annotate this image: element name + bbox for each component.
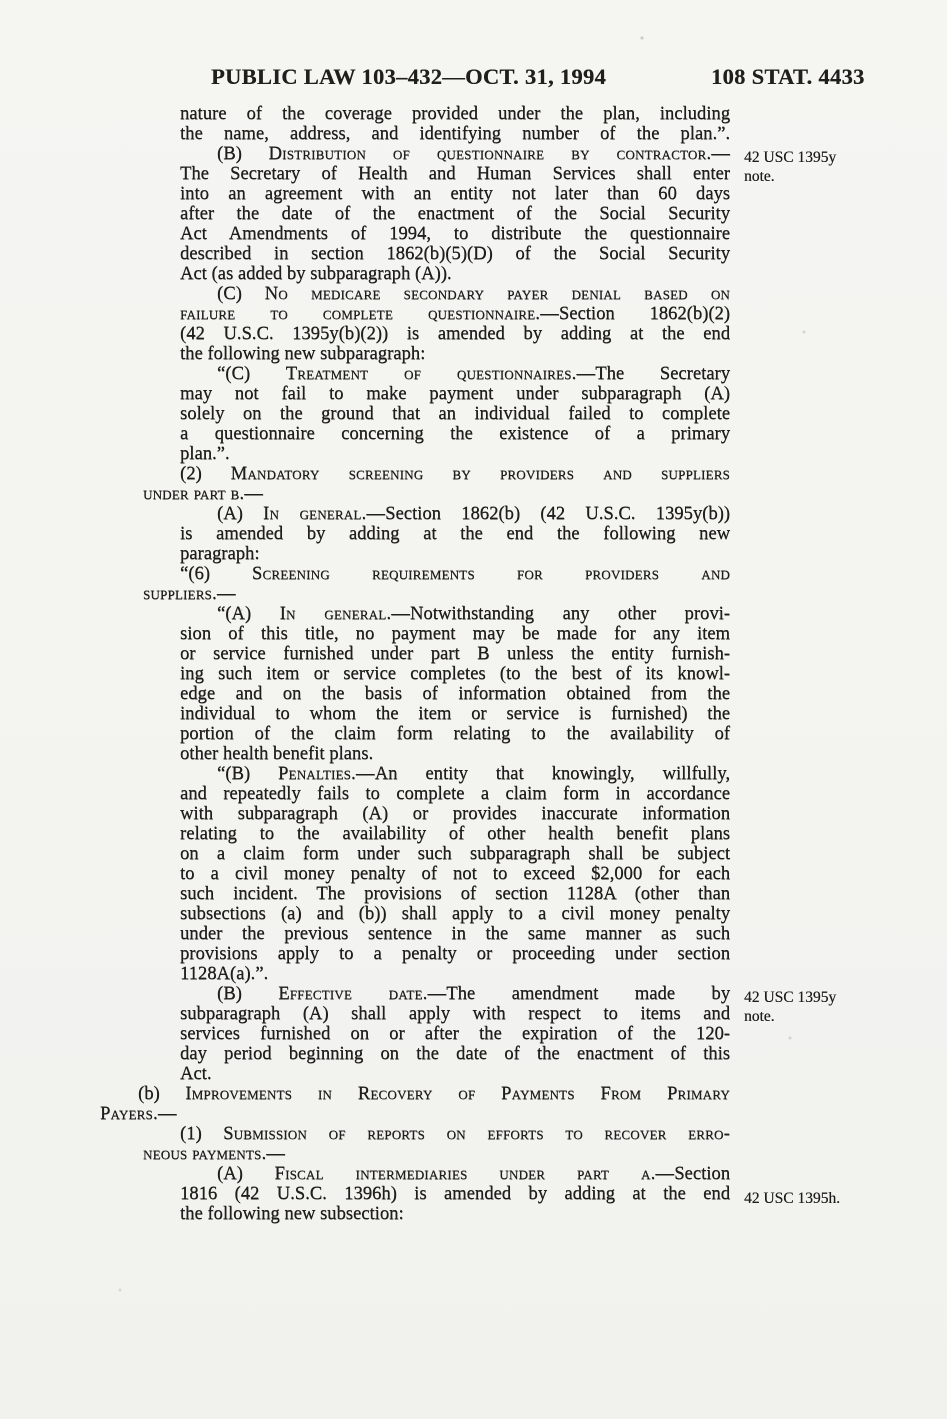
text-line: under the previous sentence in the same … (180, 924, 730, 944)
body-text: “(A) (217, 603, 280, 624)
body-text: Section (674, 1163, 730, 1184)
body-text: (1) (180, 1123, 223, 1144)
text-line: services furnished on or after the expir… (180, 1024, 730, 1044)
small-caps-text: Payers.— (100, 1103, 177, 1124)
body-text: solely on the ground that an individual … (180, 403, 730, 424)
small-caps-text: failure to complete questionnaire.— (180, 303, 559, 324)
body-text: portion of the claim form relating to th… (180, 723, 730, 744)
text-line: The Secretary of Health and Human Servic… (180, 164, 730, 184)
text-line: ing such item or service completes (to t… (180, 664, 730, 684)
text-line: (1) Submission of reports on efforts to … (180, 1124, 730, 1144)
running-header: PUBLIC LAW 103–432—OCT. 31, 1994 108 STA… (0, 64, 947, 94)
small-caps-text: Screening requirements for providers and (252, 563, 730, 584)
text-line: the name, address, and identifying numbe… (180, 124, 730, 144)
text-line: “(A) In general.—Notwithstanding any oth… (217, 604, 730, 624)
page-header-stat-number: 108 STAT. 4433 (711, 64, 865, 90)
text-line: “(B) Penalties.—An entity that knowingly… (217, 764, 730, 784)
body-text: day period beginning on the date of the … (180, 1043, 730, 1064)
text-line: neous payments.— (143, 1144, 730, 1164)
text-line: (2) Mandatory screening by providers and… (180, 464, 730, 484)
margin-note-line: 42 USC 1395y (744, 989, 884, 1008)
text-line: Act Amendments of 1994, to distribute th… (180, 224, 730, 244)
text-line: under part b.— (143, 484, 730, 504)
body-text: “(6) (180, 563, 252, 584)
body-text: Section 1862(b) (42 U.S.C. 1395y(b)) (385, 503, 730, 524)
text-line: the following new subparagraph: (180, 344, 730, 364)
body-text: other health benefit plans. (180, 743, 373, 764)
body-text: on a claim form under such subparagraph … (180, 843, 730, 864)
body-text: individual to whom the item or service i… (180, 703, 730, 724)
text-line: other health benefit plans. (180, 744, 730, 764)
text-line: Act. (180, 1064, 730, 1084)
body-text: or service furnished under part B unless… (180, 643, 730, 664)
body-text: the following new subparagraph: (180, 343, 425, 364)
text-line: may not fail to make payment under subpa… (180, 384, 730, 404)
body-text: is amended by adding at the end the foll… (180, 523, 730, 544)
body-text: An entity that knowingly, willfully, (375, 763, 730, 784)
body-text: plan.”. (180, 443, 230, 464)
body-text: under the previous sentence in the same … (180, 923, 730, 944)
margin-note-line: note. (744, 1008, 884, 1027)
text-line: sion of this title, no payment may be ma… (180, 624, 730, 644)
text-line: with subparagraph (A) or provides inaccu… (180, 804, 730, 824)
text-line: Act (as added by subparagraph (A)). (180, 264, 730, 284)
body-text: “(B) (217, 763, 278, 784)
body-text: into an agreement with an entity not lat… (180, 183, 730, 204)
body-text: to a civil money penalty of not to excee… (180, 863, 730, 884)
text-line: described in section 1862(b)(5)(D) of th… (180, 244, 730, 264)
text-line: (A) In general.—Section 1862(b) (42 U.S.… (217, 504, 730, 524)
body-text: may not fail to make payment under subpa… (180, 383, 730, 404)
body-text: (42 U.S.C. 1395y(b)(2)) is amended by ad… (180, 323, 730, 344)
body-text: subparagraph (A) shall apply with respec… (180, 1003, 730, 1024)
text-line: Payers.— (100, 1104, 730, 1124)
text-line: subsections (a) and (b)) shall apply to … (180, 904, 730, 924)
text-line: subparagraph (A) shall apply with respec… (180, 1004, 730, 1024)
margin-note-line: 42 USC 1395y (744, 149, 884, 168)
text-line: after the date of the enactment of the S… (180, 204, 730, 224)
body-text: (A) (217, 503, 263, 524)
body-text: Act. (180, 1063, 212, 1084)
text-line: edge and on the basis of information obt… (180, 684, 730, 704)
text-line: solely on the ground that an individual … (180, 404, 730, 424)
body-text: described in section 1862(b)(5)(D) of th… (180, 243, 730, 264)
small-caps-text: Mandatory screening by providers and sup… (231, 463, 730, 484)
body-text: 1816 (42 U.S.C. 1396h) is amended by add… (180, 1183, 730, 1204)
text-line: “(6) Screening requirements for provider… (180, 564, 730, 584)
body-text: (B) (217, 143, 269, 164)
body-text: the name, address, and identifying numbe… (180, 123, 730, 144)
text-line: (C) No medicare secondary payer denial b… (217, 284, 730, 304)
small-caps-text: In general.— (280, 603, 410, 624)
small-caps-text: Fiscal intermediaries under part a.— (275, 1163, 675, 1184)
margin-note-line: 42 USC 1395h. (744, 1190, 884, 1209)
small-caps-text: Submission of reports on efforts to reco… (223, 1123, 730, 1144)
text-line: failure to complete questionnaire.—Secti… (180, 304, 730, 324)
statute-page: PUBLIC LAW 103–432—OCT. 31, 1994 108 STA… (0, 0, 947, 1419)
text-line: portion of the claim form relating to th… (180, 724, 730, 744)
body-text: provisions apply to a penalty or proceed… (180, 943, 730, 964)
body-text: (C) (217, 283, 265, 304)
text-line: is amended by adding at the end the foll… (180, 524, 730, 544)
text-line: relating to the availability of other he… (180, 824, 730, 844)
body-text: Act Amendments of 1994, to distribute th… (180, 223, 730, 244)
small-caps-text: Effective date.— (278, 983, 446, 1004)
body-text: 1128A(a).”. (180, 963, 268, 984)
body-text: Notwithstanding any other provi- (410, 603, 730, 624)
body-text: edge and on the basis of information obt… (180, 683, 730, 704)
text-line: “(C) Treatment of questionnaires.—The Se… (217, 364, 730, 384)
text-line: and repeatedly fails to complete a claim… (180, 784, 730, 804)
usc-margin-note: 42 USC 1395h. (744, 1190, 884, 1209)
text-line: individual to whom the item or service i… (180, 704, 730, 724)
body-text: after the date of the enactment of the S… (180, 203, 730, 224)
body-text: a questionnaire concerning the existence… (180, 423, 730, 444)
text-block: nature of the coverage provided under th… (0, 104, 947, 1224)
text-line: provisions apply to a penalty or proceed… (180, 944, 730, 964)
margin-note-line: note. (744, 168, 884, 187)
body-text: (2) (180, 463, 231, 484)
text-line: or service furnished under part B unless… (180, 644, 730, 664)
body-text: relating to the availability of other he… (180, 823, 730, 844)
body-text: services furnished on or after the expir… (180, 1023, 730, 1044)
small-caps-text: under part b.— (143, 483, 263, 504)
text-line: 1816 (42 U.S.C. 1396h) is amended by add… (180, 1184, 730, 1204)
usc-margin-note: 42 USC 1395ynote. (744, 149, 884, 186)
small-caps-text: neous payments.— (143, 1143, 285, 1164)
page-header-law-title: PUBLIC LAW 103–432—OCT. 31, 1994 (211, 64, 606, 90)
text-line: nature of the coverage provided under th… (180, 104, 730, 124)
body-text: and repeatedly fails to complete a claim… (180, 783, 730, 804)
text-line: plan.”. (180, 444, 730, 464)
text-line: (42 U.S.C. 1395y(b)(2)) is amended by ad… (180, 324, 730, 344)
text-line: day period beginning on the date of the … (180, 1044, 730, 1064)
small-caps-text: Penalties.— (278, 763, 375, 784)
usc-margin-note: 42 USC 1395ynote. (744, 989, 884, 1026)
body-text: (b) (138, 1083, 185, 1104)
body-text: subsections (a) and (b)) shall apply to … (180, 903, 730, 924)
small-caps-text: In general.— (263, 503, 385, 524)
body-text: sion of this title, no payment may be ma… (180, 623, 730, 644)
body-text: nature of the coverage provided under th… (180, 103, 730, 124)
text-line: a questionnaire concerning the existence… (180, 424, 730, 444)
text-line: into an agreement with an entity not lat… (180, 184, 730, 204)
small-caps-text: Improvements in Recovery of Payments Fro… (185, 1083, 730, 1104)
body-text: “(C) (217, 363, 286, 384)
small-caps-text: suppliers.— (143, 583, 236, 604)
text-line: (b) Improvements in Recovery of Payments… (138, 1084, 730, 1104)
body-text: ing such item or service completes (to t… (180, 663, 730, 684)
text-line: paragraph: (180, 544, 730, 564)
body-text: with subparagraph (A) or provides inaccu… (180, 803, 730, 824)
body-text: such incident. The provisions of section… (180, 883, 730, 904)
text-line: to a civil money penalty of not to excee… (180, 864, 730, 884)
text-line: 1128A(a).”. (180, 964, 730, 984)
body-text: The Secretary (595, 363, 730, 384)
text-line: suppliers.— (143, 584, 730, 604)
text-line: (B) Effective date.—The amendment made b… (217, 984, 730, 1004)
body-text: (A) (217, 1163, 275, 1184)
text-line: on a claim form under such subparagraph … (180, 844, 730, 864)
small-caps-text: Treatment of questionnaires.— (286, 363, 596, 384)
body-text: the following new subsection: (180, 1203, 404, 1224)
body-text: paragraph: (180, 543, 260, 564)
small-caps-text: Distribution of questionnaire by contrac… (269, 143, 730, 164)
body-text: Section 1862(b)(2) (559, 303, 730, 324)
text-line: (B) Distribution of questionnaire by con… (217, 144, 730, 164)
small-caps-text: No medicare secondary payer denial based… (265, 283, 730, 304)
body-text: The amendment made by (446, 983, 730, 1004)
text-line: (A) Fiscal intermediaries under part a.—… (217, 1164, 730, 1184)
text-line: the following new subsection: (180, 1204, 730, 1224)
body-text: Act (as added by subparagraph (A)). (180, 263, 452, 284)
body-text: (B) (217, 983, 278, 1004)
text-line: such incident. The provisions of section… (180, 884, 730, 904)
body-text: The Secretary of Health and Human Servic… (180, 163, 730, 184)
